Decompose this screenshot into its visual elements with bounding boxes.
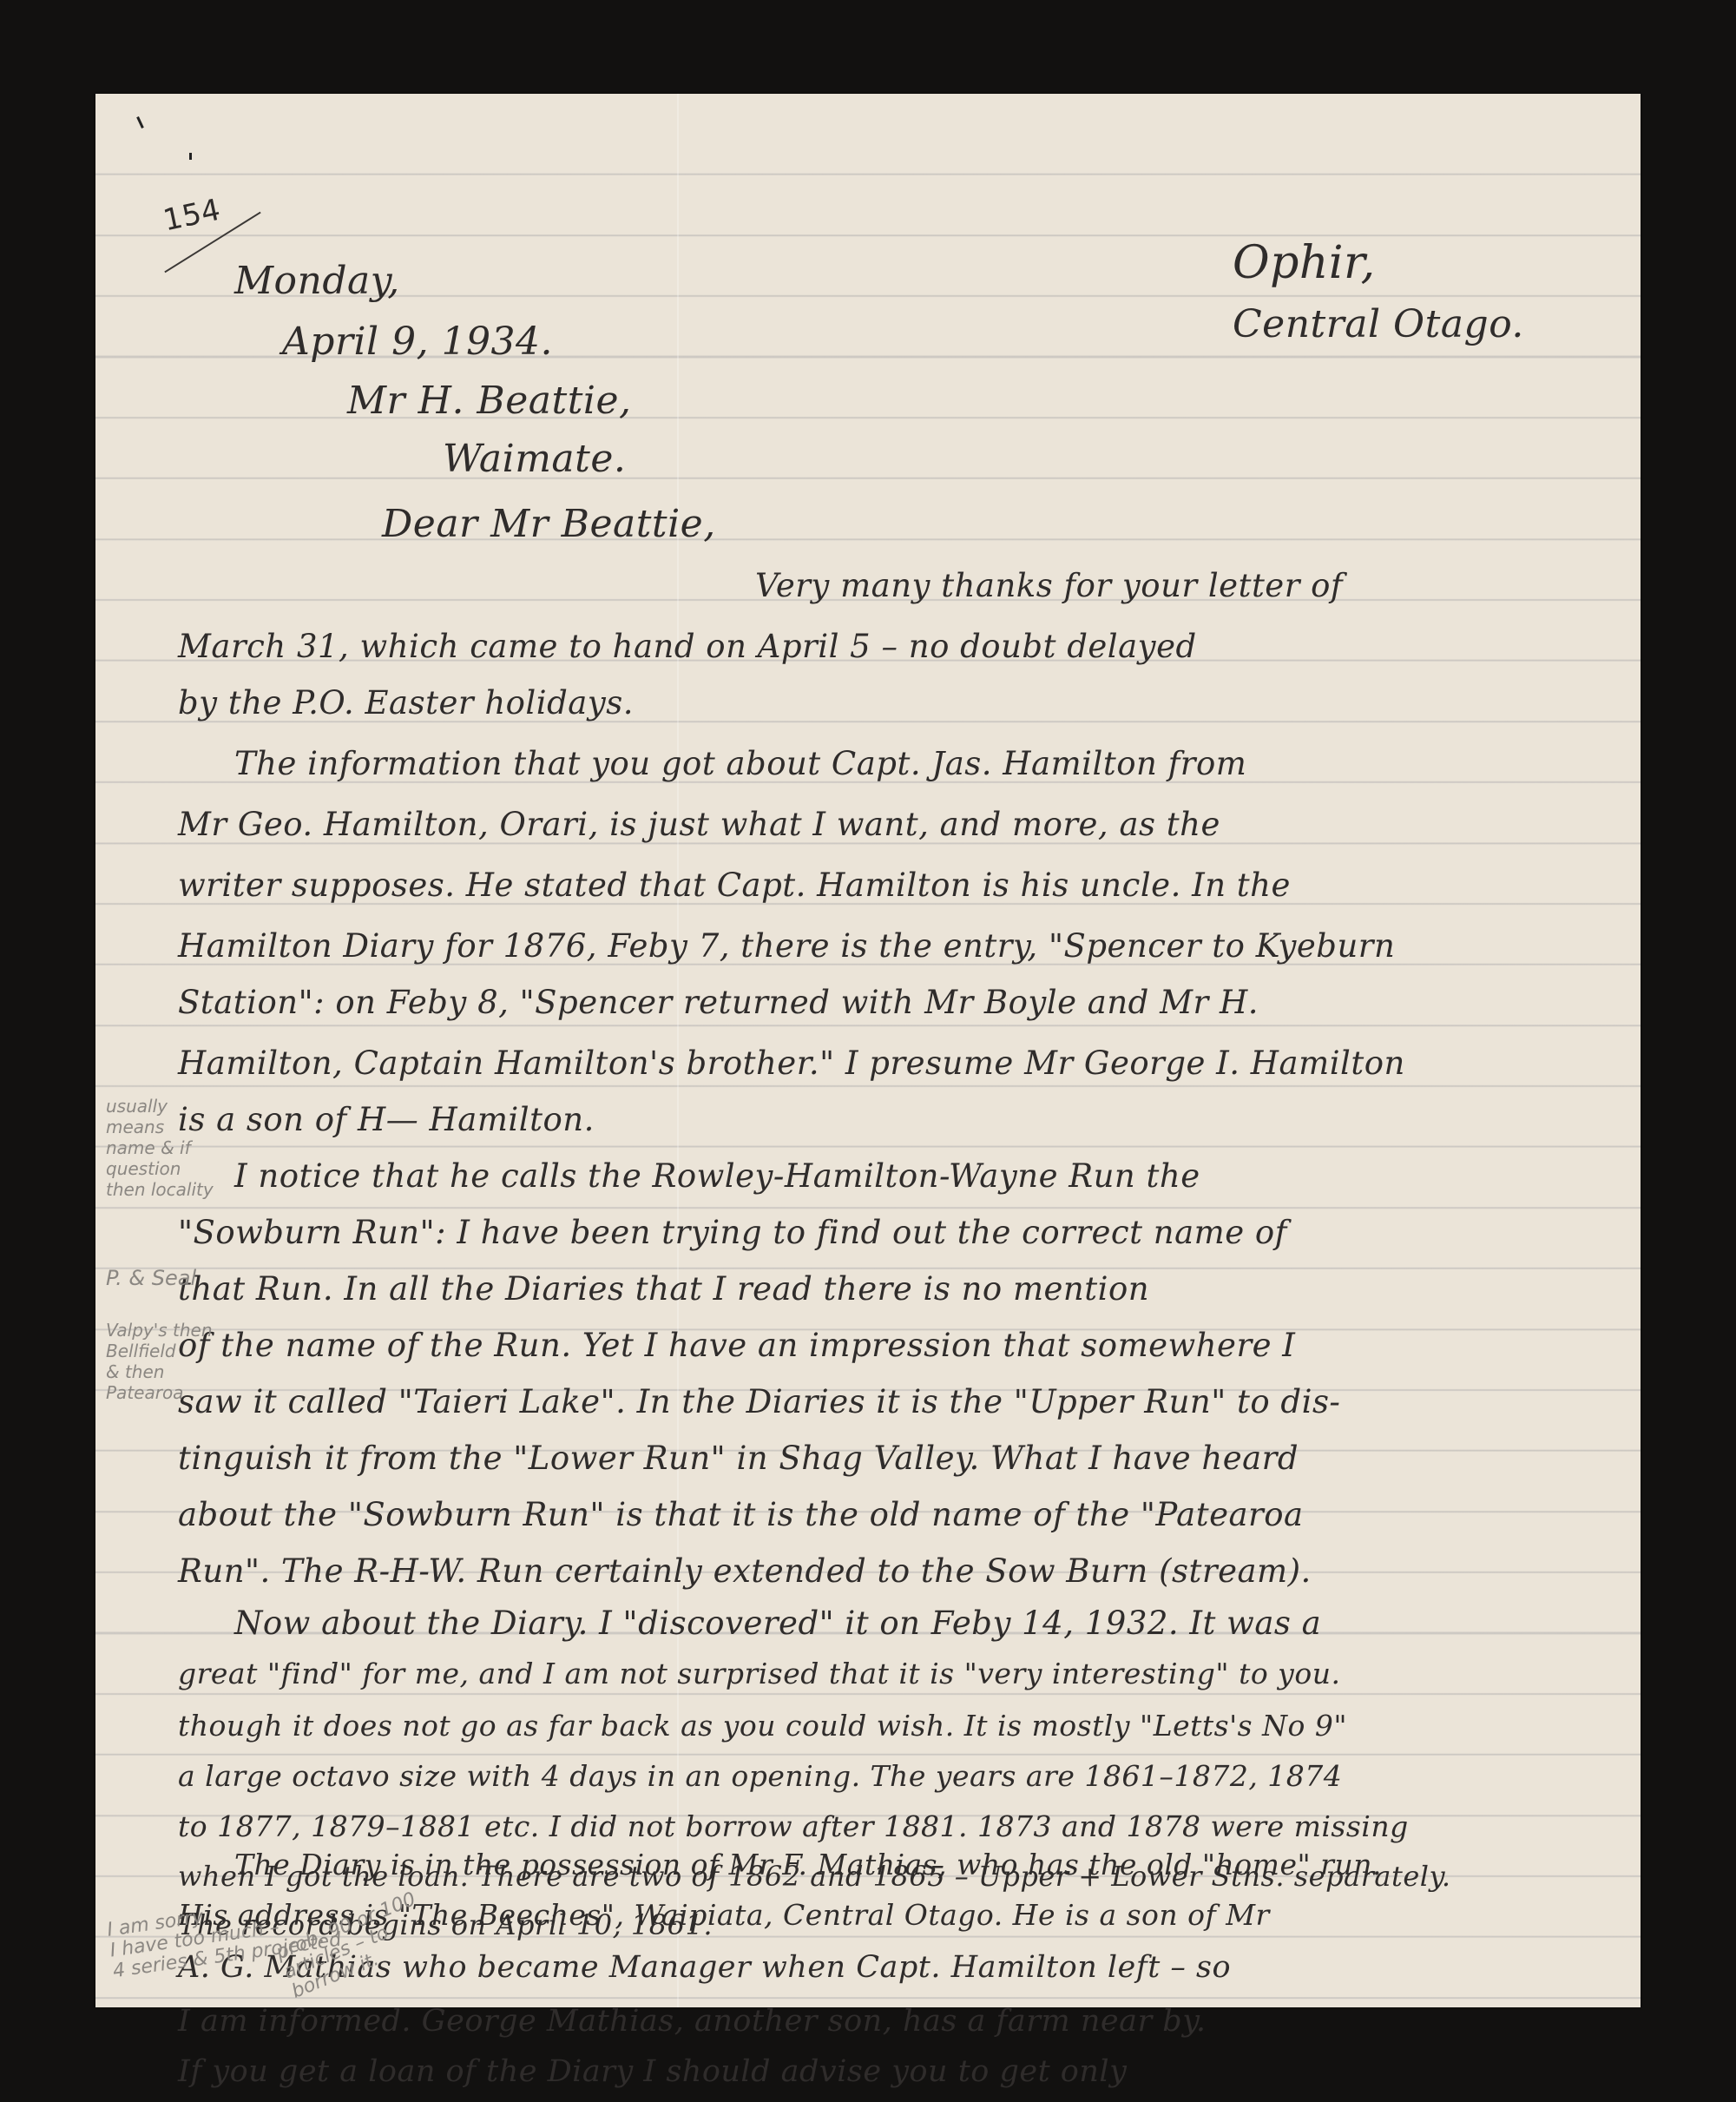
body-line: saw it called "Taieri Lake". In the Diar…	[178, 1383, 1340, 1420]
salutation: Dear Mr Beattie,	[382, 502, 716, 546]
recipient-name: Mr H. Beattie,	[347, 379, 631, 423]
date-weekday: Monday,	[234, 259, 400, 303]
margin-note-locality: usually means name & if question then lo…	[106, 1096, 214, 1200]
body-line: great "find" for me, and I am not surpri…	[178, 1657, 1340, 1690]
body-line: Now about the Diary. I "discovered" it o…	[234, 1605, 1321, 1642]
body-line: The information that you got about Capt.…	[234, 745, 1246, 782]
body-line: Mr Geo. Hamilton, Orari, is just what I …	[178, 806, 1220, 843]
body-line: March 31, which came to hand on April 5 …	[178, 628, 1197, 665]
margin-note-seal: P. & Seal	[106, 1268, 196, 1288]
body-line: is a son of H— Hamilton.	[178, 1101, 595, 1138]
body-line: that Run. In all the Diaries that I read…	[178, 1270, 1149, 1308]
body-line: tinguish it from the "Lower Run" in Shag…	[178, 1440, 1299, 1477]
staple-hole	[189, 153, 192, 160]
body-line: Run". The R-H-W. Run certainly extended …	[178, 1552, 1312, 1590]
body-line: about the "Sowburn Run" is that it is th…	[178, 1496, 1304, 1533]
body-line: I notice that he calls the Rowley-Hamilt…	[234, 1157, 1200, 1195]
body-line: "Sowburn Run": I have been trying to fin…	[178, 1214, 1287, 1251]
body-line: writer supposes. He stated that Capt. Ha…	[178, 866, 1291, 904]
place-line2: Central Otago.	[1233, 302, 1524, 346]
body-line: I am informed. George Mathias, another s…	[178, 2004, 1206, 2039]
body-line: of the name of the Run. Yet I have an im…	[178, 1327, 1295, 1364]
body-line: though it does not go as far back as you…	[178, 1709, 1347, 1743]
body-line: to 1877, 1879–1881 etc. I did not borrow…	[178, 1809, 1409, 1843]
body-line: Very many thanks for your letter of	[755, 567, 1343, 604]
body-line: by the P.O. Easter holidays.	[178, 684, 634, 722]
body-line: Hamilton, Captain Hamilton's brother." I…	[178, 1044, 1405, 1082]
body-line: The Diary is in the possession of Mr F. …	[234, 1848, 1382, 1881]
body-line: If you get a loan of the Diary I should …	[178, 2054, 1127, 2089]
margin-note-valpys: Valpy's then Bellfield & then Patearoa	[106, 1320, 213, 1403]
body-line: Hamilton Diary for 1876, Feby 7, there i…	[178, 927, 1395, 965]
letter-page: 154 Monday, April 9, 1934. Ophir, Centra…	[95, 94, 1641, 2007]
body-line: a large octavo size with 4 days in an op…	[178, 1759, 1342, 1793]
place-line1: Ophir,	[1233, 237, 1376, 289]
body-line: Station": on Feby 8, "Spencer returned w…	[178, 984, 1259, 1021]
page-number: 154	[161, 193, 224, 239]
recipient-town: Waimate.	[443, 437, 626, 481]
staple-hole	[136, 116, 144, 128]
date-full: April 9, 1934.	[282, 320, 553, 364]
